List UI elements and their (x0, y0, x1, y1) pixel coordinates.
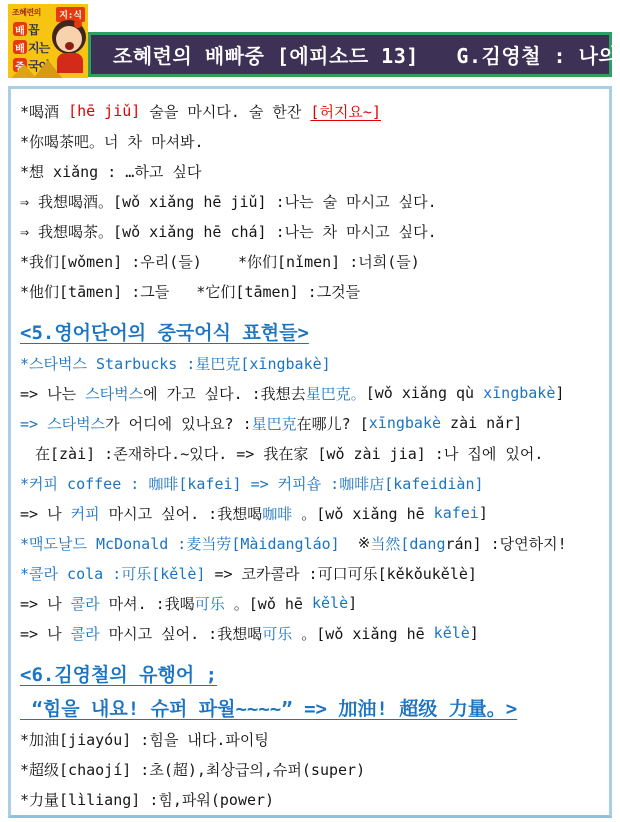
host-face-illustration (51, 20, 87, 72)
text-segment: 。[wǒ xiǎng hē (292, 623, 433, 644)
text-segment: 当然[dang (370, 533, 445, 554)
logo-navy-text: 꼽 (28, 21, 39, 38)
text-segment: *我们[wǒmen] :우리(들) *你们[nǐmen] :너희(들) (20, 251, 420, 272)
text-segment: xīngbakè (483, 384, 555, 402)
logo-red-box-char: 배 (13, 22, 27, 36)
text-segment: 。[wǒ xiǎng hē (292, 503, 433, 524)
line-cola-want: => 나 콜라 마시고 싶어. :我想喝可乐 。[wǒ xiǎng hē kěl… (20, 618, 605, 648)
text-segment: 在哪儿? [ (297, 413, 369, 434)
line-starbucks-want: => 나는 스타벅스에 가고 싶다. :我想去星巴克。[wǒ xiǎng qù … (20, 378, 605, 408)
line-starbucks-where: => 스타벅스가 어디에 있나요? :星巴克在哪儿? [xīngbakè zài… (20, 408, 605, 438)
line-chaoji: *超级[chaojí] :초(超),최상급의,슈퍼(super) (20, 754, 605, 784)
text-segment: *他们[tāmen] :그들 *它们[tāmen] :그것들 (20, 281, 360, 302)
text-segment: 。[wǒ hē (225, 593, 312, 614)
content-box: *喝酒 [hē jiǔ] 술을 마시다. 술 한잔 [허지요~]*你喝茶吧。너 … (8, 86, 612, 818)
text-segment: ※ (340, 534, 371, 552)
line-women-nimen: *我们[wǒmen] :우리(들) *你们[nǐmen] :너희(들) (20, 246, 605, 276)
text-segment: => 코카콜라 :可口可乐[kěkǒukělè] (205, 563, 476, 584)
text-segment: 咖啡 (262, 503, 292, 524)
line-tamen: *他们[tāmen] :그들 *它们[tāmen] :그것들 (20, 276, 605, 306)
text-segment: [wǒ xiǎng qù (366, 384, 483, 402)
section-6-heading: <6.김영철의 유행어 ; (20, 656, 605, 690)
line-cola: *콜라 cola :可乐[kělè] => 코카콜라 :可口可乐[kěkǒukě… (20, 558, 605, 588)
text-segment: => 나 (20, 623, 71, 644)
line-mcdonald: *맥도날드 McDonald :麦当劳[Màidangláo] ※当然[dang… (20, 528, 605, 558)
line-woxianghejiu: ⇒ 我想喝酒。[wǒ xiǎng hē jiǔ] :나는 술 마시고 싶다. (20, 186, 605, 216)
line-coffee-want: => 나 커피 마시고 싶어. :我想喝咖啡 。[wǒ xiǎng hē kaf… (20, 498, 605, 528)
text-segment: 마셔. :我喝 (100, 593, 195, 614)
text-segment: *加油[jiayóu] :힘을 내다.파이팅 (20, 729, 269, 750)
text-segment: *想 xiǎng : …하고 싶다 (20, 161, 201, 182)
text-segment: [허지요~] (310, 101, 381, 122)
text-segment: => 스타벅스 (20, 413, 105, 434)
text-segment: *맥도날드 McDonald :麦当劳[Màidangláo] (20, 533, 340, 554)
text-segment: 마시고 싶어. :我想喝 (100, 623, 263, 644)
text-segment: 에 가고 싶다. :我想去 (143, 383, 306, 404)
text-segment: kělè (312, 594, 348, 612)
text-segment: *力量[lìliang] :힘,파워(power) (20, 789, 274, 810)
episode-title-text: 조혜련의 배빠중 [에피소드 13] G.김영철 : 나의 유행어 (113, 40, 620, 69)
line-liliang: *力量[lìliang] :힘,파워(power) (20, 784, 605, 814)
text-segment: [hē jiǔ] (68, 102, 140, 120)
text-segment: *超级[chaojí] :초(超),최상급의,슈퍼(super) (20, 759, 365, 780)
text-segment: *콜라 cola :可乐[kělè] (20, 563, 205, 584)
line-woxianghecha: ⇒ 我想喝茶。[wǒ xiǎng hē chá] :나는 차 마시고 싶다. (20, 216, 605, 246)
text-segment: rán] :당연하지! (446, 533, 567, 554)
text-segment: 스타벅스 (85, 383, 143, 404)
line-hejiu: *喝酒 [hē jiǔ] 술을 마시다. 술 한잔 [허지요~] (20, 96, 605, 126)
text-segment: 술을 마시다. 술 한잔 (140, 101, 310, 122)
text-segment: *喝酒 (20, 101, 68, 122)
text-segment: ⇒ 我想喝酒。[wǒ xiǎng hē jiǔ] :나는 술 마시고 싶다. (20, 191, 437, 212)
line-coffee: *커피 coffee : 咖啡[kafei] => 커피숍 :咖啡店[kafei… (20, 468, 605, 498)
section-5-heading: <5.영어단어의 중국어식 표현들> (20, 314, 605, 348)
text-segment: => 나는 (20, 383, 85, 404)
section-6-subheading: “힘을 내요! 슈퍼 파월~~~~” => 加油! 超级 力量。> (20, 690, 605, 724)
text-segment: 커피 (71, 503, 100, 524)
text-segment: 可乐 (195, 593, 225, 614)
text-segment: ] (470, 624, 479, 642)
text-segment: => 나 (20, 503, 71, 524)
text-segment: 콜라 (71, 623, 100, 644)
text-segment: <6.김영철의 유행어 ; (20, 660, 217, 687)
line-zai: 在[zài] :존재하다.~있다. => 我在家 [wǒ zài jia] :나… (20, 438, 605, 468)
text-segment: ] (479, 504, 488, 522)
logo-title-row: 배 지는 (13, 38, 49, 56)
line-jiayou: *加油[jiayóu] :힘을 내다.파이팅 (20, 724, 605, 754)
text-segment: 가 어디에 있나요? : (105, 413, 252, 434)
line-cola-drink: => 나 콜라 마셔. :我喝可乐 。[wǒ hē kělè] (20, 588, 605, 618)
text-segment: ] (555, 384, 564, 402)
text-segment: 콜라 (71, 593, 100, 614)
text-segment: *스타벅스 Starbucks :星巴克[xīngbakè] (20, 353, 331, 374)
text-segment: *커피 coffee : 咖啡[kafei] => 커피숍 :咖啡店[kafei… (20, 473, 484, 494)
text-segment: “힘을 내요! 슈퍼 파월~~~~” => 加油! 超级 力量。> (20, 694, 517, 721)
text-segment: kafei (434, 504, 479, 522)
text-segment: 在[zài] :존재하다.~있다. => 我在家 [wǒ zài jia] :나… (35, 443, 543, 464)
text-segment: 星巴克 (252, 413, 297, 434)
text-segment: 마시고 싶어. :我想喝 (100, 503, 263, 524)
logo-title-row: 배 꼽 (13, 20, 49, 38)
text-segment: zài nǎr] (441, 414, 522, 432)
text-segment: ⇒ 我想喝茶。[wǒ xiǎng hē chá] :나는 차 마시고 싶다. (20, 221, 437, 242)
text-segment: 可乐 (262, 623, 292, 644)
text-segment: <5.영어단어의 중국어식 표현들> (20, 318, 309, 345)
text-segment: *你喝茶吧。너 차 마셔봐. (20, 131, 204, 152)
episode-title-bar: 조혜련의 배빠중 [에피소드 13] G.김영철 : 나의 유행어 (88, 32, 612, 77)
logo-navy-text: 지는 (28, 39, 49, 56)
text-segment: => 나 (20, 593, 71, 614)
line-starbucks: *스타벅스 Starbucks :星巴克[xīngbakè] (20, 348, 605, 378)
text-segment: xīngbakè (369, 414, 441, 432)
face-mouth (65, 42, 74, 50)
text-segment: ] (348, 594, 357, 612)
show-logo: 조혜련의 지:식 배 꼽 배 지는 중 국어 (8, 4, 88, 78)
text-segment: 星巴克。 (306, 383, 366, 404)
face-clothes (57, 53, 83, 73)
text-segment: kělè (434, 624, 470, 642)
line-xiang: *想 xiǎng : …하고 싶다 (20, 156, 605, 186)
line-nihecha: *你喝茶吧。너 차 마셔봐. (20, 126, 605, 156)
logo-author-text: 조혜련의 (12, 7, 41, 18)
logo-red-box-char: 배 (13, 40, 27, 54)
